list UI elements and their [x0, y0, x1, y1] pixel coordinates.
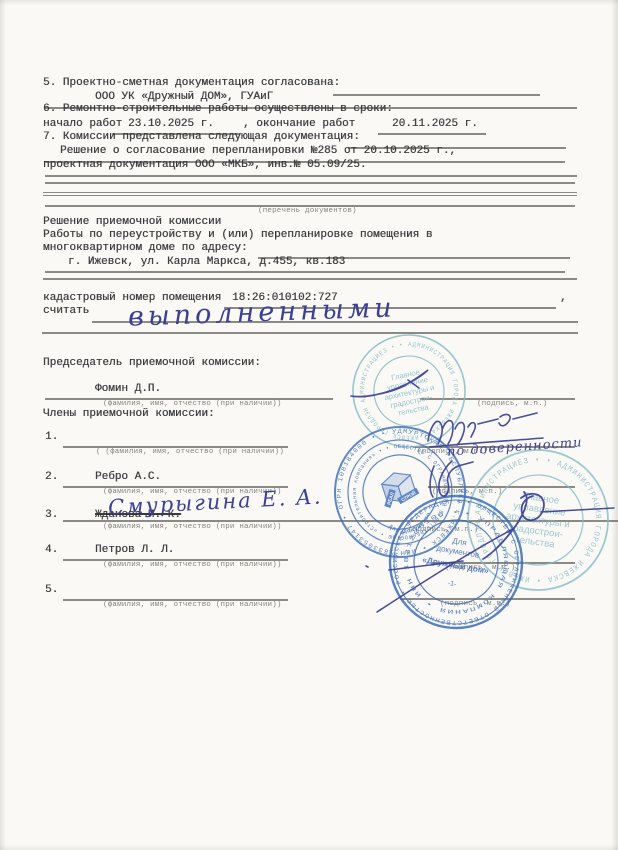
member-row-num: 3.: [45, 510, 58, 521]
member-fio-hint: (фамилия, имя, отчество (при наличии)): [103, 602, 282, 610]
member-name: Ребро А.С.: [95, 472, 161, 483]
signature-stroke: [521, 494, 544, 520]
item7-doc-line2: проектная документация ООО «МКБ», инв.№ …: [43, 160, 366, 171]
signature-stroke: [351, 370, 428, 396]
member-row-num: 1.: [45, 432, 58, 443]
cadastral-comma: ,: [560, 293, 567, 304]
ruled-line: [333, 94, 540, 96]
item6-start-date: 23.10.2025 г.: [128, 119, 214, 130]
ruled-line: [43, 192, 577, 193]
consider-label: считать: [43, 306, 89, 317]
chairman-sign-hint: (подпись, м.п.): [477, 401, 548, 409]
member-row-num: 4.: [45, 545, 58, 556]
chairman-title: Председатель приемочной комиссии:: [43, 358, 261, 369]
item5-value: ООО УК «Дружный ДОМ», ГУАиГ: [95, 92, 273, 103]
ruled-line: [378, 133, 486, 135]
member-sign-hint: (подпись, м.п.): [445, 565, 516, 573]
member-sign-hint: (подпись, м.п.): [408, 527, 479, 535]
member-fio-hint: ( (фамилия, имя, отчество (при наличии)): [96, 449, 284, 457]
realstroy-cube-logo: [380, 468, 418, 506]
item7-doc-line1: Решение о согласование перепланировки №2…: [60, 146, 456, 157]
decision-address: г. Ижевск, ул. Карла Маркса, д.455, кв.1…: [68, 257, 345, 268]
decision-line2: многоквартирном доме по адресу:: [43, 243, 248, 254]
item7-caption: (перечень документов): [258, 208, 357, 216]
scanned-document-page: 5. Проектно-сметная документация согласо…: [0, 0, 618, 850]
member-sign-hint: (подпись, м.п.): [440, 601, 511, 609]
item6-start-label: начало работ: [43, 119, 122, 130]
ruled-line: [45, 182, 575, 184]
handwritten-proxy-note: по доверенности: [447, 436, 583, 458]
ruled-line: [45, 175, 577, 177]
signature-stroke: [366, 566, 368, 567]
ruled-line: [63, 520, 618, 522]
ruled-line: [43, 278, 577, 280]
svg-text:• АДМИНИСТРАЦИЯ ГОРОДА ИЖЕВСКА: • АДМИНИСТРАЦИЯ ГОРОДА ИЖЕВСКА • ИЖЕВСК …: [350, 332, 469, 451]
ruled-line: [42, 332, 578, 334]
item6-mid-label: , окончание работ: [243, 119, 355, 130]
stamp-center-line: тельства: [515, 534, 556, 550]
member-fio-hint: (фамилия, имя, отчество (при наличии)): [103, 562, 282, 570]
stamp-center-line: Главное: [522, 491, 560, 507]
stamp-center-line: градострои-: [390, 392, 434, 410]
ruled-line: [43, 195, 577, 196]
item5-title: 5. Проектно-сметная документация согласо…: [43, 78, 340, 89]
realstroy-logo-word2: СТРОЙ: [399, 489, 416, 503]
stamp-gu-architecture-top: • АДМИНИСТРАЦИЯ ГОРОДА ИЖЕВСКА • ИЖЕВСК …: [339, 321, 479, 461]
stamp-center-line: Главное: [390, 367, 420, 382]
member-name: Петров Л. Л.: [95, 545, 174, 556]
item7-title: 7. Комиссии представлена следующая докум…: [43, 132, 360, 143]
item6-title: 6. Ремонтно-строительные работы осуществ…: [43, 104, 393, 115]
decision-title: Решение приемочной комиссии: [43, 217, 221, 228]
item6-end-date: 20.11.2025 г.: [392, 119, 478, 130]
member-row-num: 2.: [45, 472, 58, 483]
ruled-line: [45, 271, 565, 273]
handwritten-consider-value: выполненными: [128, 294, 396, 330]
stamp-center-line: управление: [513, 501, 566, 519]
chairman-name: Фомин Д.П.: [95, 384, 161, 395]
member-row-num: 5.: [45, 585, 58, 596]
stamp-center-line: -1-: [447, 580, 457, 588]
member-sign-hint: (подпись, м.п.): [432, 489, 503, 497]
member-fio-hint: (фамилия, имя, отчество (при наличии)): [103, 524, 282, 532]
stamp-ring-text: • АДМИНИСТРАЦИЯ ГОРОДА ИЖЕВСКА • ИЖЕВСК …: [350, 332, 469, 451]
stamp-center-line: Для: [452, 536, 468, 547]
stamp-center-line: тельства: [397, 402, 430, 417]
stamp-center-line: документов: [436, 543, 480, 559]
decision-line1: Работы по переустройству и (или) перепла…: [43, 230, 432, 241]
stamp-center-line: градострои-: [509, 522, 564, 540]
members-title: Члены приемочной комиссии:: [43, 409, 215, 420]
signature-stroke: [408, 380, 419, 388]
realstroy-logo-word1: РЕАЛ: [386, 492, 395, 506]
signature-stroke: [483, 492, 527, 559]
signature-stroke: [541, 508, 614, 512]
stamp-center-line: управление: [386, 375, 428, 392]
